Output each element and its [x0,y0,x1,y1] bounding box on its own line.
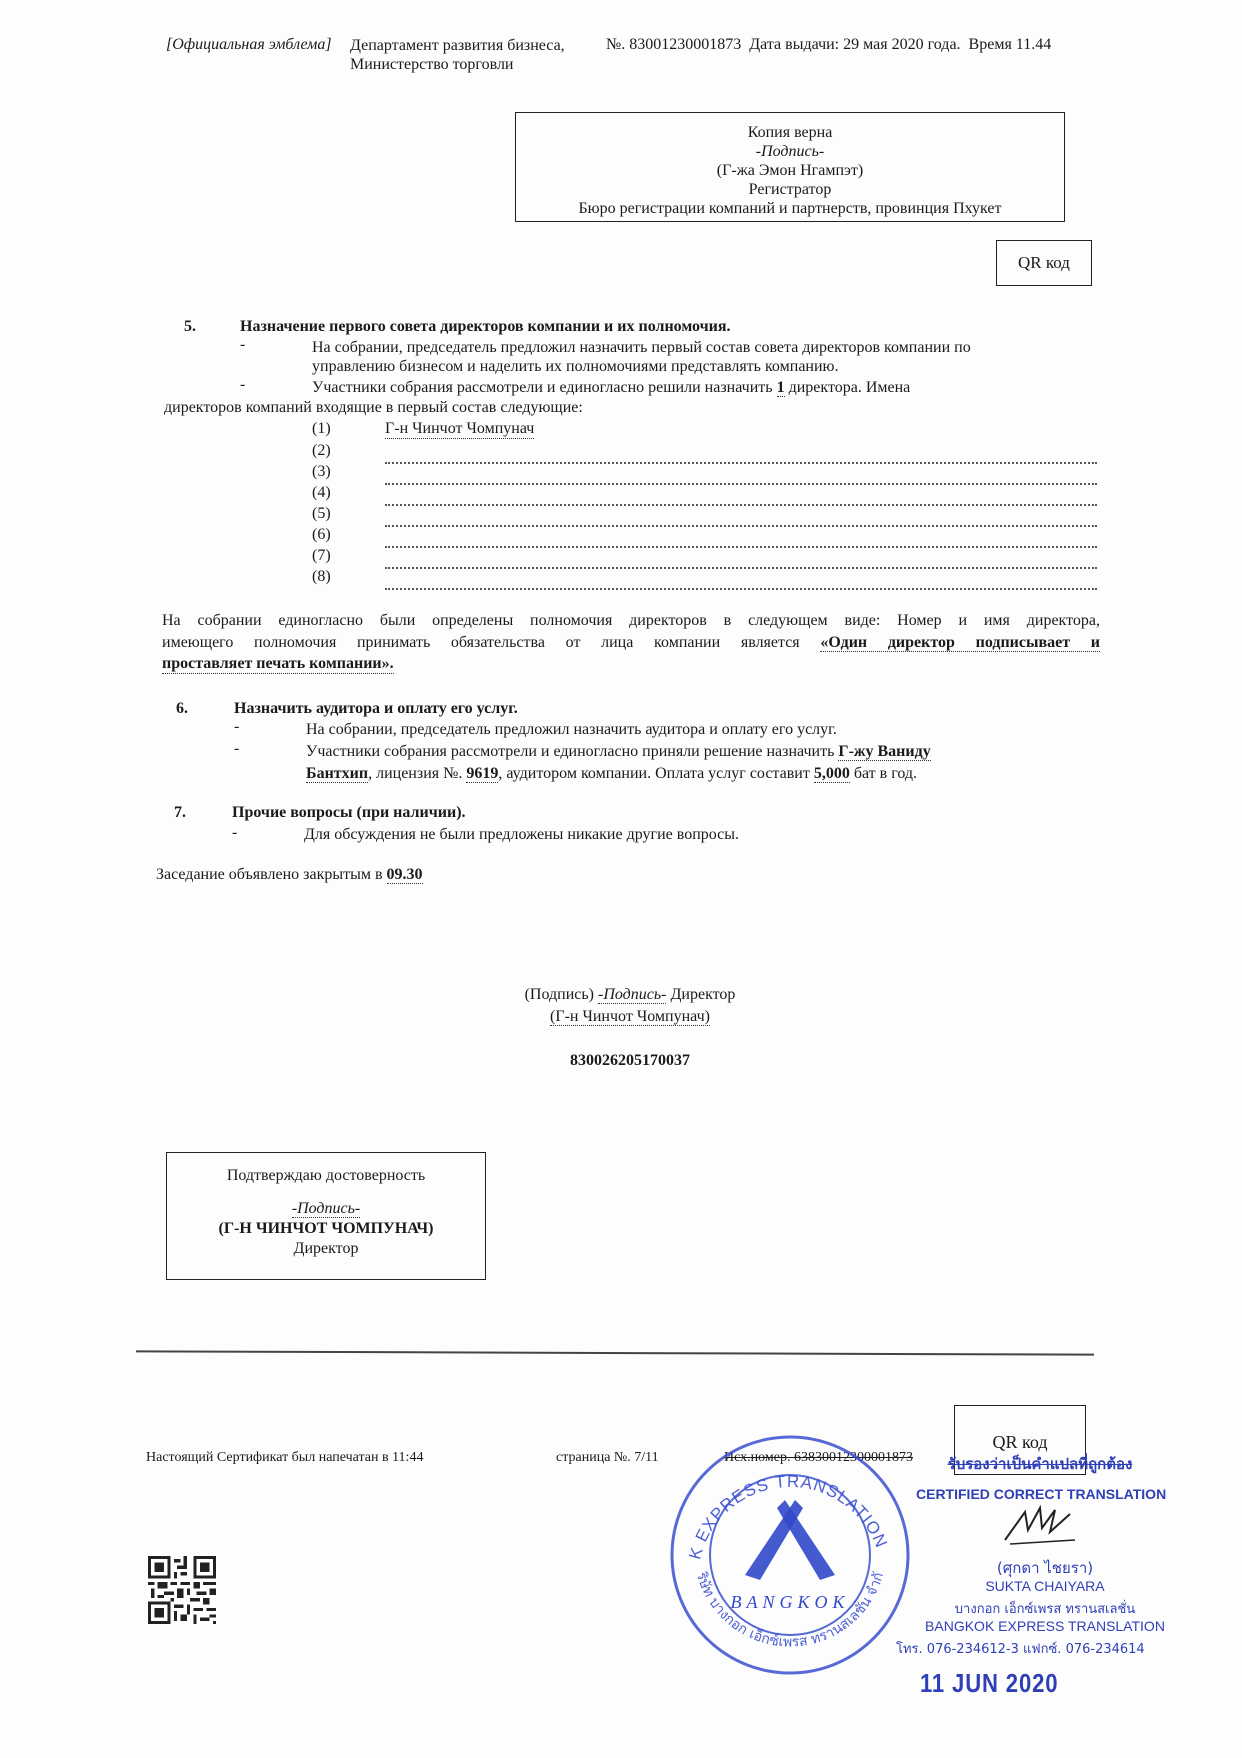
director-blank-line [385,471,1097,485]
director-num: (5) [312,505,331,523]
powers-text: имеющего полномочия принимать обязательс… [162,634,800,651]
director-blank-line [385,492,1097,506]
translator-signature-icon [1000,1500,1080,1550]
attest-label: Подтверждаю достоверность [167,1167,485,1185]
footer-divider [136,1350,1094,1355]
director-num: (1) [312,420,331,438]
bullet2-text: Участники собрания рассмотрели и единогл… [306,743,834,760]
qr-code-icon [148,1556,216,1624]
closing-text: Заседание объявлено закрытым в [156,866,383,883]
director-blank-line [385,555,1097,569]
section5-number: 5. [184,318,196,336]
registrar-office: Бюро регистрации компаний и партнерств, … [516,199,1064,218]
registrar-signature: -Подпись- [516,142,1064,161]
auditor-name-first: Г-жу Ваниду [838,743,930,761]
section6-bullet1: На собрании, председатель предложил назн… [306,721,837,739]
powers-line3: проставляет печать компании». [162,655,394,674]
director-num: (4) [312,484,331,502]
signing-authority: «Один директор подписывает и [820,634,1100,652]
director-id-number: 830026205170037 [480,1052,780,1070]
director-num: (2) [312,442,331,460]
section5-title: Назначение первого совета директоров ком… [240,318,731,336]
thai-certified-text: รับรองว่าเป็นคำแปลที่ถูกต้อง [900,1452,1180,1476]
certified-label: Копия верна [516,123,1064,142]
attest-box: Подтверждаю достоверность -Подпись- (Г-Н… [166,1152,486,1280]
section5-bullet1: На собрании, председатель предложил назн… [312,338,1102,376]
printed-time: Настоящий Сертификат был напечатан в 11:… [146,1450,423,1466]
director-num: (7) [312,547,331,565]
section5-bullet2: Участники собрания рассмотрели и единогл… [312,379,910,397]
certification-date: 11 JUN 2020 [920,1668,1058,1699]
auditor-text: , аудитором компании. Оплата услуг соста… [498,765,809,782]
department-line1: Департамент развития бизнеса, [350,36,565,55]
license-label: , лицензия №. [368,765,462,782]
company-thai-name: บางกอก เอ็กซ์เพรส ทรานสเลชั่น [920,1598,1170,1619]
section6-title: Назначить аудитора и оплату его услуг. [234,700,518,718]
department-line2: Министерство торговли [350,55,565,74]
license-number: 9619 [466,765,498,783]
registrar-position: Регистратор [516,180,1064,199]
signature-label: (Подпись) [525,986,594,1003]
bullet2-text: Участники собрания рассмотрели и единогл… [312,379,773,396]
bullet-dash: - [232,824,237,842]
attest-role: Директор [167,1239,485,1258]
director-blank-line [385,450,1097,464]
section6-bullet2-line2: Бантхип, лицензия №. 9619, аудитором ком… [306,765,917,783]
director-num: (8) [312,568,331,586]
certified-copy-box: Копия верна -Подпись- (Г-жа Эмон Нгампэт… [515,112,1065,222]
bullet-dash: - [234,718,239,736]
director-blank-line [385,534,1097,548]
fee-suffix: бат в год. [854,765,917,782]
qr-code-placeholder-top: QR код [996,240,1092,286]
director-name: (Г-н Чинчот Чомпунач) [480,1008,780,1026]
director-count: 1 [777,379,785,397]
director-blank-line [385,576,1097,590]
attest-signature: -Подпись- [167,1199,485,1218]
bullet-dash: - [240,336,245,354]
company-seal-stamp: BANGKOK EXPRESS TRANSLATION CO., LTD. บร… [660,1420,920,1680]
powers-line1: На собрании единогласно были определены … [162,612,1100,630]
svg-text:BANGKOK: BANGKOK [730,1592,849,1612]
meeting-closed: Заседание объявлено закрытым в 09.30 [156,866,423,884]
director-num: (3) [312,463,331,481]
director-name-text: (Г-н Чинчот Чомпунач) [550,1008,710,1026]
bullet-dash: - [240,376,245,394]
attest-signature-text: -Подпись- [292,1200,360,1218]
section6-number: 6. [176,700,188,718]
director-name: Г-н Чинчот Чомпунач [385,420,534,439]
director-num: (6) [312,526,331,544]
bullet-dash: - [234,740,239,758]
section5-bullet1-line2: управлению бизнесом и наделить их полном… [312,357,1102,376]
company-name: BANGKOK EXPRESS TRANSLATION [900,1618,1190,1634]
section5-bullet2-line2: директоров компаний входящие в первый со… [164,399,583,417]
audit-fee: 5,000 [814,765,850,783]
document-meta: №. 83001230001873 Дата выдачи: 29 мая 20… [606,36,1051,54]
bullet2-text-end: директора. Имена [789,379,911,396]
director-role: Директор [670,986,735,1003]
issue-time: Время 11.44 [969,36,1052,53]
translator-name: SUKTA CHAIYARA [940,1578,1150,1594]
registrar-name: (Г-жа Эмон Нгампэт) [516,161,1064,180]
director-blank-line [385,513,1097,527]
doc-number: №. 83001230001873 [606,36,741,53]
attest-name: (Г-Н ЧИНЧОТ ЧОМПУНАЧ) [167,1218,485,1239]
section6-bullet2: Участники собрания рассмотрели и единогл… [306,743,931,761]
official-emblem-label: [Официальная эмблема] [166,36,332,54]
closing-time: 09.30 [387,866,423,884]
translator-thai-name: (ศุกดา ไชยรา) [940,1556,1150,1580]
section7-title: Прочие вопросы (при наличии). [232,804,466,822]
company-phone: โทร. 076-234612-3 แฟกซ์. 076-234614 [896,1638,1145,1659]
section5-bullet1-line1: На собрании, председатель предложил назн… [312,338,1102,357]
director-signature: -Подпись- [598,986,666,1004]
powers-line2: имеющего полномочия принимать обязательс… [162,634,1100,652]
director-signature-line: (Подпись) -Подпись- Директор [480,986,780,1004]
department-name: Департамент развития бизнеса, Министерст… [350,36,565,74]
page-number: страница №. 7/11 [556,1450,659,1466]
section7-number: 7. [174,804,186,822]
section7-bullet1: Для обсуждения не были предложены никаки… [304,826,739,844]
issue-date: Дата выдачи: 29 мая 2020 года. [749,36,960,53]
auditor-name-last: Бантхип [306,765,368,783]
